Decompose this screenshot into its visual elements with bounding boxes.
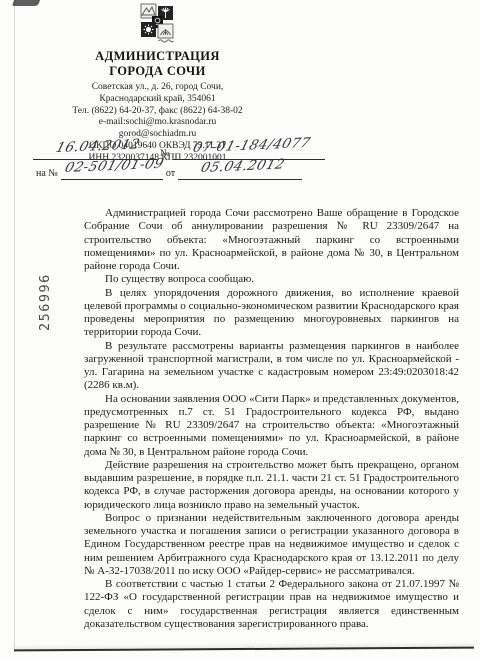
paragraph-federal-law: В соответствии с частью 1 статьи 2 Федер…	[84, 578, 459, 631]
paragraph-termination: Действие разрешения на строительство мож…	[84, 459, 459, 512]
outgoing-date-handwriting: 16.04.2012	[54, 136, 142, 156]
incoming-ref-row: на № 02-501/01-09 от 05.04.2012	[33, 160, 353, 180]
letter-body: Администрацией города Сочи рассмотрено В…	[84, 207, 459, 631]
paragraph-intro: Администрацией города Сочи рассмотрено В…	[84, 207, 459, 273]
sochi-coat-of-arms-icon	[138, 3, 178, 47]
page-bottom-edge-line	[14, 647, 474, 652]
reply-to-label: на №	[33, 168, 61, 180]
scanned-letter-page: АДМИНИСТРАЦИЯ ГОРОДА СОЧИ Советская ул.,…	[0, 0, 480, 660]
from-label: от	[163, 168, 178, 180]
org-name-line2: ГОРОДА СОЧИ	[30, 64, 285, 79]
outgoing-ref-row: 16.04.2012 № 07-01-184/4077	[33, 140, 353, 160]
reference-block: 16.04.2012 № 07-01-184/4077 на № 02-501/…	[33, 140, 353, 180]
scan-edge-line	[14, 0, 15, 652]
paragraph-variants: В результате рассмотрены варианты размещ…	[84, 340, 459, 393]
org-name: АДМИНИСТРАЦИЯ ГОРОДА СОЧИ	[30, 49, 285, 79]
address-line-phone: Тел. (8622) 64-20-37, факс (8622) 64-38-…	[30, 106, 285, 118]
paragraph-court: Вопрос о признании недействительным закл…	[84, 512, 459, 578]
incoming-date-handwriting: 05.04.2012	[199, 156, 287, 176]
incoming-date-field: 05.04.2012	[178, 160, 302, 180]
org-name-line1: АДМИНИСТРАЦИЯ	[30, 49, 285, 64]
incoming-number-field: 02-501/01-09	[61, 160, 163, 180]
outgoing-number-field: 07-01-184/4077	[173, 140, 325, 160]
registration-stamp-number: 256996	[37, 273, 53, 331]
address-line-email1: e-mail:sochi@mo.krasnodar.ru	[30, 117, 285, 129]
paragraph-program: В целях упорядочения дорожного движения,…	[84, 287, 459, 340]
address-line-street: Советская ул., д. 26, город Сочи,	[30, 82, 285, 94]
address-line-region: Краснодарский край, 354061	[30, 94, 285, 106]
paragraph-permit: На основании заявления ООО «Сити Парк» и…	[84, 393, 459, 459]
paragraph-substance: По существу вопроса сообщаю.	[84, 273, 459, 286]
incoming-number-handwriting: 02-501/01-09	[63, 156, 166, 176]
